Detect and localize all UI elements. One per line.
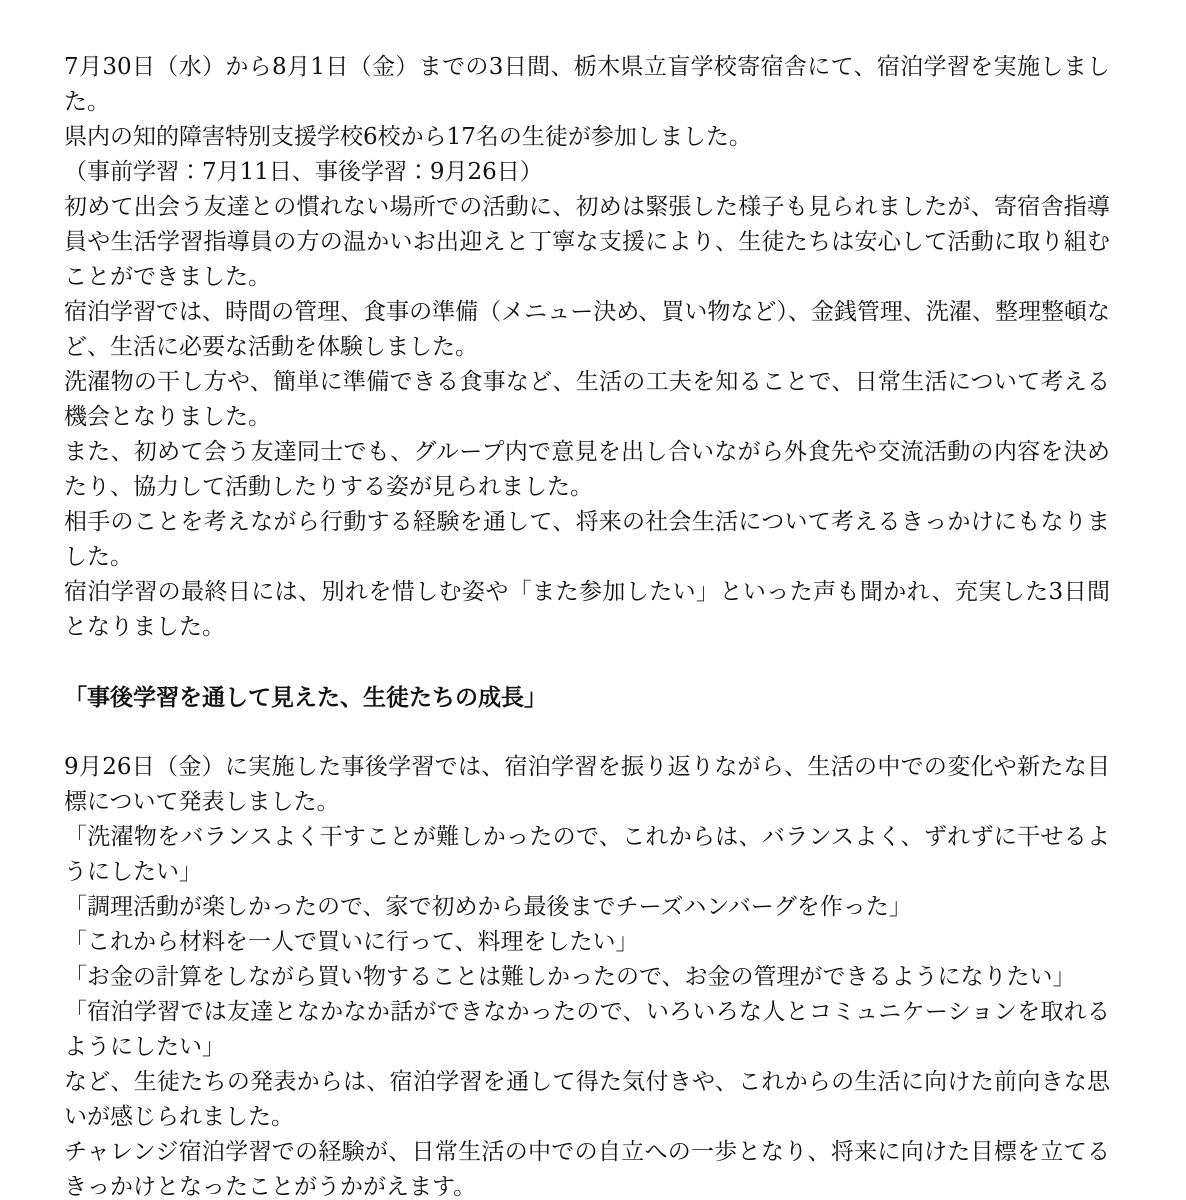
document-body: 7月30日（水）から8月1日（金）までの3日間、栃木県立盲学校寄宿舎にて、宿泊学… [64, 50, 1110, 1200]
section-overnight-program-report: 7月30日（水）から8月1日（金）までの3日間、栃木県立盲学校寄宿舎にて、宿泊学… [64, 50, 1110, 645]
paragraph: 「お金の計算をしながら買い物することは難しかったので、お金の管理ができるようにな… [64, 960, 1110, 995]
paragraph: 宿泊学習の最終日には、別れを惜しむ姿や「また参加したい」といった声も聞かれ、充実… [64, 575, 1110, 645]
paragraph: 9月26日（金）に実施した事後学習では、宿泊学習を振り返りながら、生活の中での変… [64, 750, 1110, 820]
paragraph: 相手のことを考えながら行動する経験を通して、将来の社会生活について考えるきっかけ… [64, 505, 1110, 575]
paragraph: 県内の知的障害特別支援学校6校から17名の生徒が参加しました。 [64, 120, 1110, 155]
paragraph: 「宿泊学習では友達となかなか話ができなかったので、いろいろな人とコミュニケーショ… [64, 995, 1110, 1065]
paragraph: チャレンジ宿泊学習での経験が、日常生活の中での自立への一歩となり、将来に向けた目… [64, 1135, 1110, 1200]
paragraph: など、生徒たちの発表からは、宿泊学習を通して得た気付きや、これからの生活に向けた… [64, 1065, 1110, 1135]
paragraph: 洗濯物の干し方や、簡単に準備できる食事など、生活の工夫を知ることで、日常生活につ… [64, 365, 1110, 435]
paragraph: 「これから材料を一人で買いに行って、料理をしたい」 [64, 925, 1110, 960]
paragraph: 7月30日（水）から8月1日（金）までの3日間、栃木県立盲学校寄宿舎にて、宿泊学… [64, 50, 1110, 120]
paragraph: 「調理活動が楽しかったので、家で初めから最後までチーズハンバーグを作った」 [64, 890, 1110, 925]
paragraph: （事前学習：7月11日、事後学習：9月26日） [64, 155, 1110, 190]
paragraph: また、初めて会う友達同士でも、グループ内で意見を出し合いながら外食先や交流活動の… [64, 435, 1110, 505]
document-page: 7月30日（水）から8月1日（金）までの3日間、栃木県立盲学校寄宿舎にて、宿泊学… [0, 0, 1186, 1200]
paragraph: 宿泊学習では、時間の管理、食事の準備（メニュー決め、買い物など）、金銭管理、洗濯… [64, 295, 1110, 365]
section-heading: 「事後学習を通して見えた、生徒たちの成長」 [64, 680, 1110, 715]
section-followup-learning: 9月26日（金）に実施した事後学習では、宿泊学習を振り返りながら、生活の中での変… [64, 750, 1110, 1200]
paragraph: 初めて出会う友達との慣れない場所での活動に、初めは緊張した様子も見られましたが、… [64, 190, 1110, 295]
paragraph: 「洗濯物をバランスよく干すことが難しかったので、これからは、バランスよく、ずれず… [64, 820, 1110, 890]
